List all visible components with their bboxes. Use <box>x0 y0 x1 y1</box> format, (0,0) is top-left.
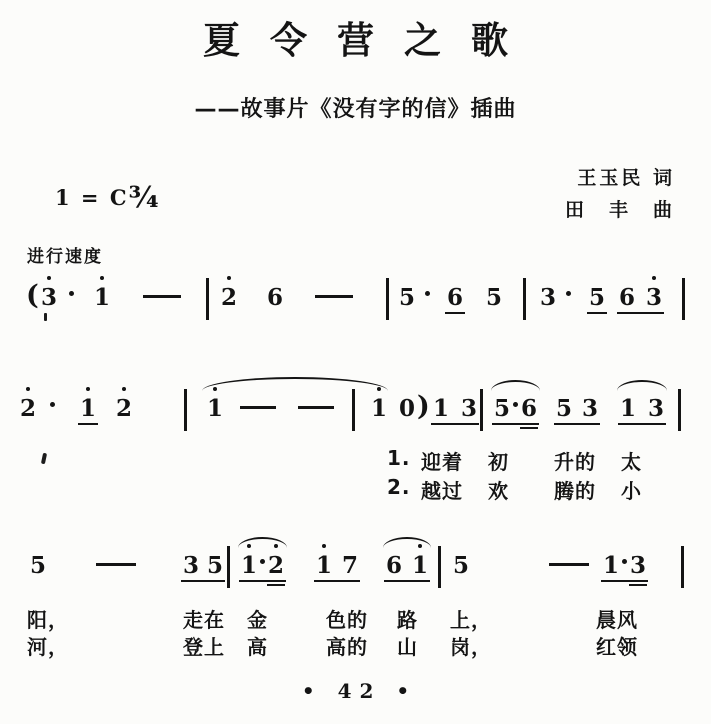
eighth-beam <box>314 580 360 582</box>
lyric-row-2: 2.越过欢腾的小 <box>0 475 711 497</box>
note: 6 <box>447 285 463 310</box>
octave-dot-above <box>86 387 90 391</box>
barline <box>682 278 685 320</box>
note-digit: 3 <box>461 396 477 421</box>
note: 5 <box>486 285 502 310</box>
lyric-word: 色的 <box>326 604 368 633</box>
lyric-word: 上， <box>450 604 492 633</box>
lyric-word: 太 <box>621 446 642 475</box>
lyric-word: 1. <box>387 446 411 470</box>
lyric-word: 红领 <box>596 631 638 660</box>
note: 56 <box>494 396 537 421</box>
barline <box>352 389 355 431</box>
sixteenth-beam <box>629 584 647 586</box>
augmentation-dot <box>260 553 265 578</box>
note: 5 <box>453 553 469 578</box>
duration-dash <box>298 406 334 409</box>
lyric-word: 迎着 <box>421 446 463 475</box>
barline <box>386 278 389 320</box>
note: 1 <box>371 396 387 421</box>
duration-dash <box>315 295 353 298</box>
octave-dot-above <box>652 276 656 280</box>
note-digit: 5 <box>399 285 415 310</box>
note: 13 <box>620 396 664 421</box>
slur <box>238 537 287 548</box>
note-digit: 5 <box>30 553 46 578</box>
lyric-row-3: 阳，走在金色的路上，晨风 <box>0 604 711 626</box>
note-digit: 1 <box>316 553 332 578</box>
note: 12 <box>241 553 284 578</box>
dot <box>622 559 627 564</box>
note-digit: 6 <box>619 285 635 310</box>
parenthesis: ( <box>26 282 39 310</box>
score: (31265653563212110)135653135351217615131… <box>0 0 711 724</box>
octave-dot-above <box>26 387 30 391</box>
slur <box>617 380 667 391</box>
lyric-word: 小 <box>621 475 642 504</box>
note-digit: 3 <box>540 285 556 310</box>
note <box>566 285 571 310</box>
note-digit: 5 <box>556 396 572 421</box>
note-digit: 1 <box>603 553 619 578</box>
eighth-beam <box>587 312 607 314</box>
sixteenth-beam <box>267 584 285 586</box>
note-digit: 6 <box>447 285 463 310</box>
lyric-word: 腾的 <box>554 475 596 504</box>
note-digit: 6 <box>521 396 537 421</box>
note-digit: 1 <box>620 396 636 421</box>
eighth-beam <box>445 312 465 314</box>
augmentation-dot <box>425 285 430 310</box>
barline <box>523 278 526 320</box>
note-digit: 7 <box>342 553 358 578</box>
dot <box>69 291 74 296</box>
note-digit: 1 <box>241 553 257 578</box>
note-digit: 5 <box>207 553 223 578</box>
lyric-row-1: 1.迎着初升的太 <box>0 446 711 468</box>
augmentation-dot <box>50 396 55 421</box>
sixteenth-beam <box>520 427 538 429</box>
augmentation-dot <box>566 285 571 310</box>
note: 1 <box>207 396 223 421</box>
augmentation-dot <box>69 285 74 310</box>
lyric-word: 走在 <box>183 604 225 633</box>
lyric-word: 路 <box>397 604 418 633</box>
note <box>69 285 74 310</box>
note-digit: 5 <box>589 285 605 310</box>
lyric-word: 金 <box>247 604 268 633</box>
score-line-1: (31265653563 <box>0 285 711 310</box>
note-digit: 2 <box>116 396 132 421</box>
sheet-music-page: 夏令营之歌 ——故事片《没有字的信》插曲 1 = C¾ 王玉民 词 田 丰 曲 … <box>0 0 711 724</box>
lyric-word: 欢 <box>488 475 509 504</box>
note-digit: 3 <box>646 285 662 310</box>
note-digit: 6 <box>386 553 402 578</box>
barline <box>206 278 209 320</box>
dot <box>425 291 430 296</box>
dot <box>50 402 55 407</box>
octave-dot-above <box>227 276 231 280</box>
note-digit: 1 <box>207 396 223 421</box>
slur <box>383 537 431 548</box>
note-digit: 1 <box>80 396 96 421</box>
octave-dot-above <box>100 276 104 280</box>
slur <box>491 380 540 391</box>
octave-dot-above <box>47 276 51 280</box>
eighth-beam <box>431 423 479 425</box>
note: 5 <box>30 553 46 578</box>
eighth-beam <box>181 580 225 582</box>
barline <box>681 546 684 588</box>
lyric-word: 河， <box>27 631 69 660</box>
lyric-row-4: 河，登上高高的山岗，红领 <box>0 631 711 653</box>
lyric-word: 阳， <box>27 604 69 633</box>
score-line-3: 535121761513 <box>0 553 711 578</box>
note-digit: 1 <box>412 553 428 578</box>
note: 61 <box>386 553 428 578</box>
note: 3 <box>540 285 556 310</box>
note: 2 <box>221 285 237 310</box>
note-digit: 0 <box>399 396 415 421</box>
page-number: • 42 • <box>0 679 711 703</box>
note: 2 <box>20 396 36 421</box>
note: 17 <box>316 553 358 578</box>
note: 53 <box>556 396 598 421</box>
dot <box>566 291 571 296</box>
note <box>50 396 55 421</box>
dot <box>260 559 265 564</box>
lyric-word: 山 <box>397 631 418 660</box>
note-digit: 2 <box>221 285 237 310</box>
note: 3 <box>41 285 57 310</box>
parenthesis: ) <box>417 393 430 421</box>
octave-dot-above <box>377 387 381 391</box>
note: 1 <box>80 396 96 421</box>
lyric-word: 2. <box>387 475 411 499</box>
octave-dot-above <box>322 544 326 548</box>
note: 5 <box>589 285 605 310</box>
note-digit: 6 <box>267 285 283 310</box>
note <box>425 285 430 310</box>
barline <box>480 389 483 431</box>
lyric-word: 越过 <box>421 475 463 504</box>
octave-dot-above <box>213 387 217 391</box>
duration-dash <box>143 295 181 298</box>
augmentation-dot <box>622 553 627 578</box>
note-digit: 1 <box>433 396 449 421</box>
augmentation-dot <box>513 396 518 421</box>
eighth-beam <box>384 580 430 582</box>
note-digit: 3 <box>648 396 664 421</box>
note-digit: 3 <box>183 553 199 578</box>
lyric-word: 初 <box>488 446 509 475</box>
note-digit: 5 <box>494 396 510 421</box>
note: 0 <box>399 396 415 421</box>
note: 2 <box>116 396 132 421</box>
note-digit: 2 <box>20 396 36 421</box>
lyric-word: 晨风 <box>596 604 638 633</box>
note-digit: 1 <box>94 285 110 310</box>
eighth-beam <box>617 312 664 314</box>
eighth-beam <box>554 423 600 425</box>
note: 13 <box>603 553 646 578</box>
eighth-beam <box>618 423 666 425</box>
note: 63 <box>619 285 662 310</box>
lyric-word: 高 <box>247 631 268 660</box>
note-digit: 3 <box>582 396 598 421</box>
note-digit: 2 <box>268 553 284 578</box>
lyric-word: 升的 <box>554 446 596 475</box>
note: 35 <box>183 553 223 578</box>
eighth-beam <box>239 580 286 582</box>
duration-dash <box>549 563 589 566</box>
duration-dash <box>96 563 136 566</box>
note-digit: 5 <box>453 553 469 578</box>
note-digit: 3 <box>630 553 646 578</box>
lyric-word: 高的 <box>326 631 368 660</box>
barline <box>227 546 230 588</box>
note: 5 <box>399 285 415 310</box>
barline <box>438 546 441 588</box>
note: 1 <box>94 285 110 310</box>
eighth-beam <box>601 580 648 582</box>
barline <box>184 389 187 431</box>
note: 6 <box>267 285 283 310</box>
barline <box>678 389 681 431</box>
tie <box>202 377 388 391</box>
duration-dash <box>240 406 276 409</box>
score-line-2: 212110)13565313 <box>0 396 711 421</box>
dot <box>513 402 518 407</box>
note-digit: 5 <box>486 285 502 310</box>
lyric-word: 岗， <box>450 631 492 660</box>
eighth-beam <box>78 423 98 425</box>
eighth-beam <box>492 423 539 425</box>
note: 13 <box>433 396 477 421</box>
note-digit: 1 <box>371 396 387 421</box>
stray-mark <box>44 313 47 321</box>
octave-dot-above <box>122 387 126 391</box>
note-digit: 3 <box>41 285 57 310</box>
lyric-word: 登上 <box>183 631 225 660</box>
